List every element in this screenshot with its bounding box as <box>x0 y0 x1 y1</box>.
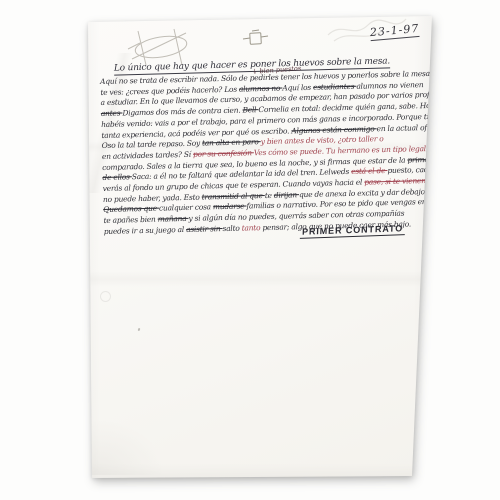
paper-crease <box>80 415 170 475</box>
letter-date: 23-1-97 <box>369 22 420 41</box>
letter-paper: 23-1-97 Lo único que hay que hacer es po… <box>74 13 436 481</box>
signature-text: PRIMER CONTRATO <box>300 223 406 239</box>
square-doodle-icon <box>242 28 270 50</box>
paper-speck <box>138 328 141 332</box>
manuscript-lines: Aquí no se trata de escribir nada. Sólo … <box>100 69 440 238</box>
photo-scan: 23-1-97 Lo único que hay que hacer es po… <box>0 0 500 500</box>
paper-crease <box>74 271 436 287</box>
paper-blemish <box>100 291 111 302</box>
